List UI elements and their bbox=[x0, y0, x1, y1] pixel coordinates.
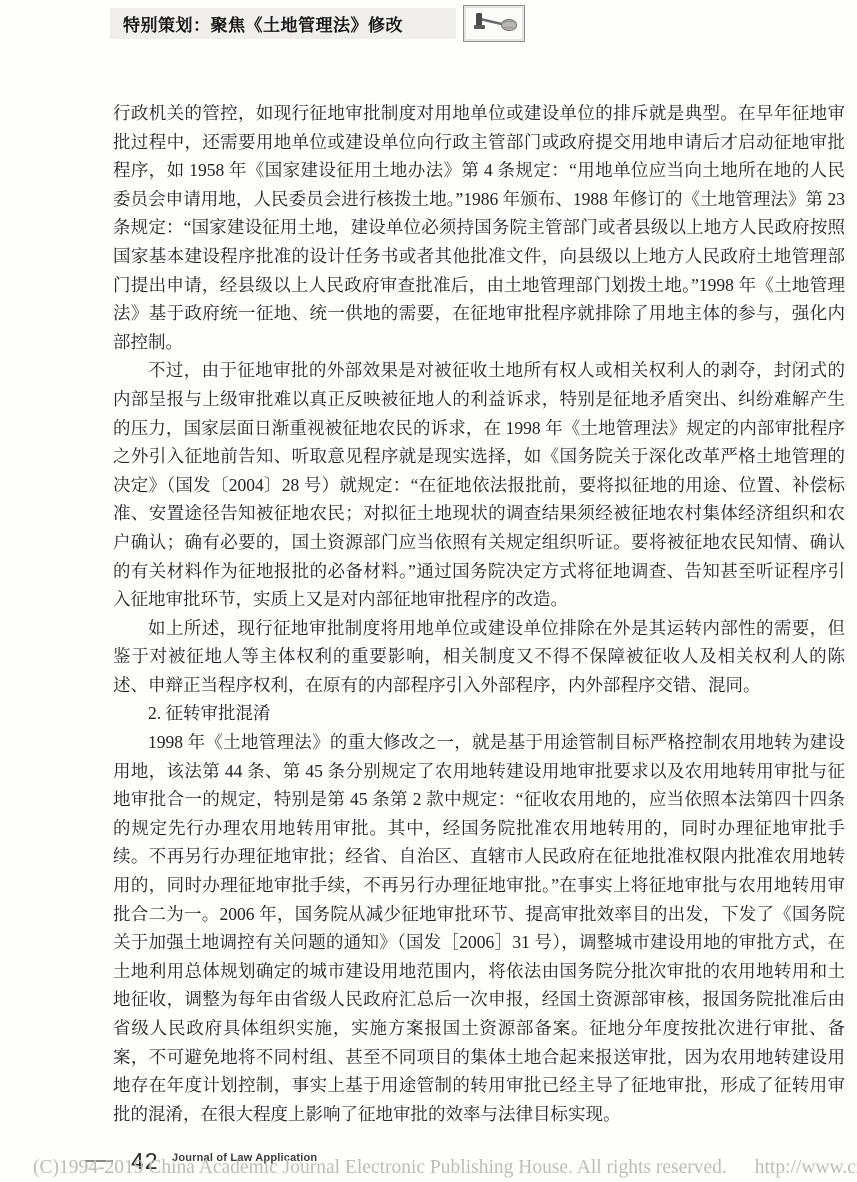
watermark-copyright: (C)1994-2019 China Academic Journal Elec… bbox=[33, 1157, 727, 1178]
gavel-icon bbox=[470, 10, 518, 37]
header-title: 特别策划：聚焦《土地管理法》修改 bbox=[110, 11, 403, 36]
paragraph: 1998 年《土地管理法》的重大修改之一，就是基于用途管制目标严格控制农用地转为… bbox=[113, 728, 845, 1128]
header-bar: 特别策划：聚焦《土地管理法》修改 bbox=[110, 8, 456, 39]
cnki-watermark: (C)1994-2019 China Academic Journal Elec… bbox=[33, 1157, 843, 1179]
watermark-url: http://www.cnki.net bbox=[755, 1157, 857, 1178]
header-icon-frame bbox=[463, 5, 525, 42]
journal-page: 特别策划：聚焦《土地管理法》修改 行政机关的管控，如现行征地审批制度对用地单位或… bbox=[0, 0, 857, 1182]
paragraph-continuation: 行政机关的管控，如现行征地审批制度对用地单位或建设单位的排斥就是典型。在早年征地… bbox=[113, 99, 845, 356]
section-heading: 2. 征转审批混淆 bbox=[113, 699, 845, 728]
paragraph: 不过，由于征地审批的外部效果是对被征收土地所有权人或相关权利人的剥夺，封闭式的内… bbox=[113, 356, 845, 613]
paragraph: 如上所述，现行征地审批制度将用地单位或建设单位排除在外是其运转内部性的需要，但鉴… bbox=[113, 614, 845, 700]
article-body: 行政机关的管控，如现行征地审批制度对用地单位或建设单位的排斥就是典型。在早年征地… bbox=[113, 99, 845, 1128]
